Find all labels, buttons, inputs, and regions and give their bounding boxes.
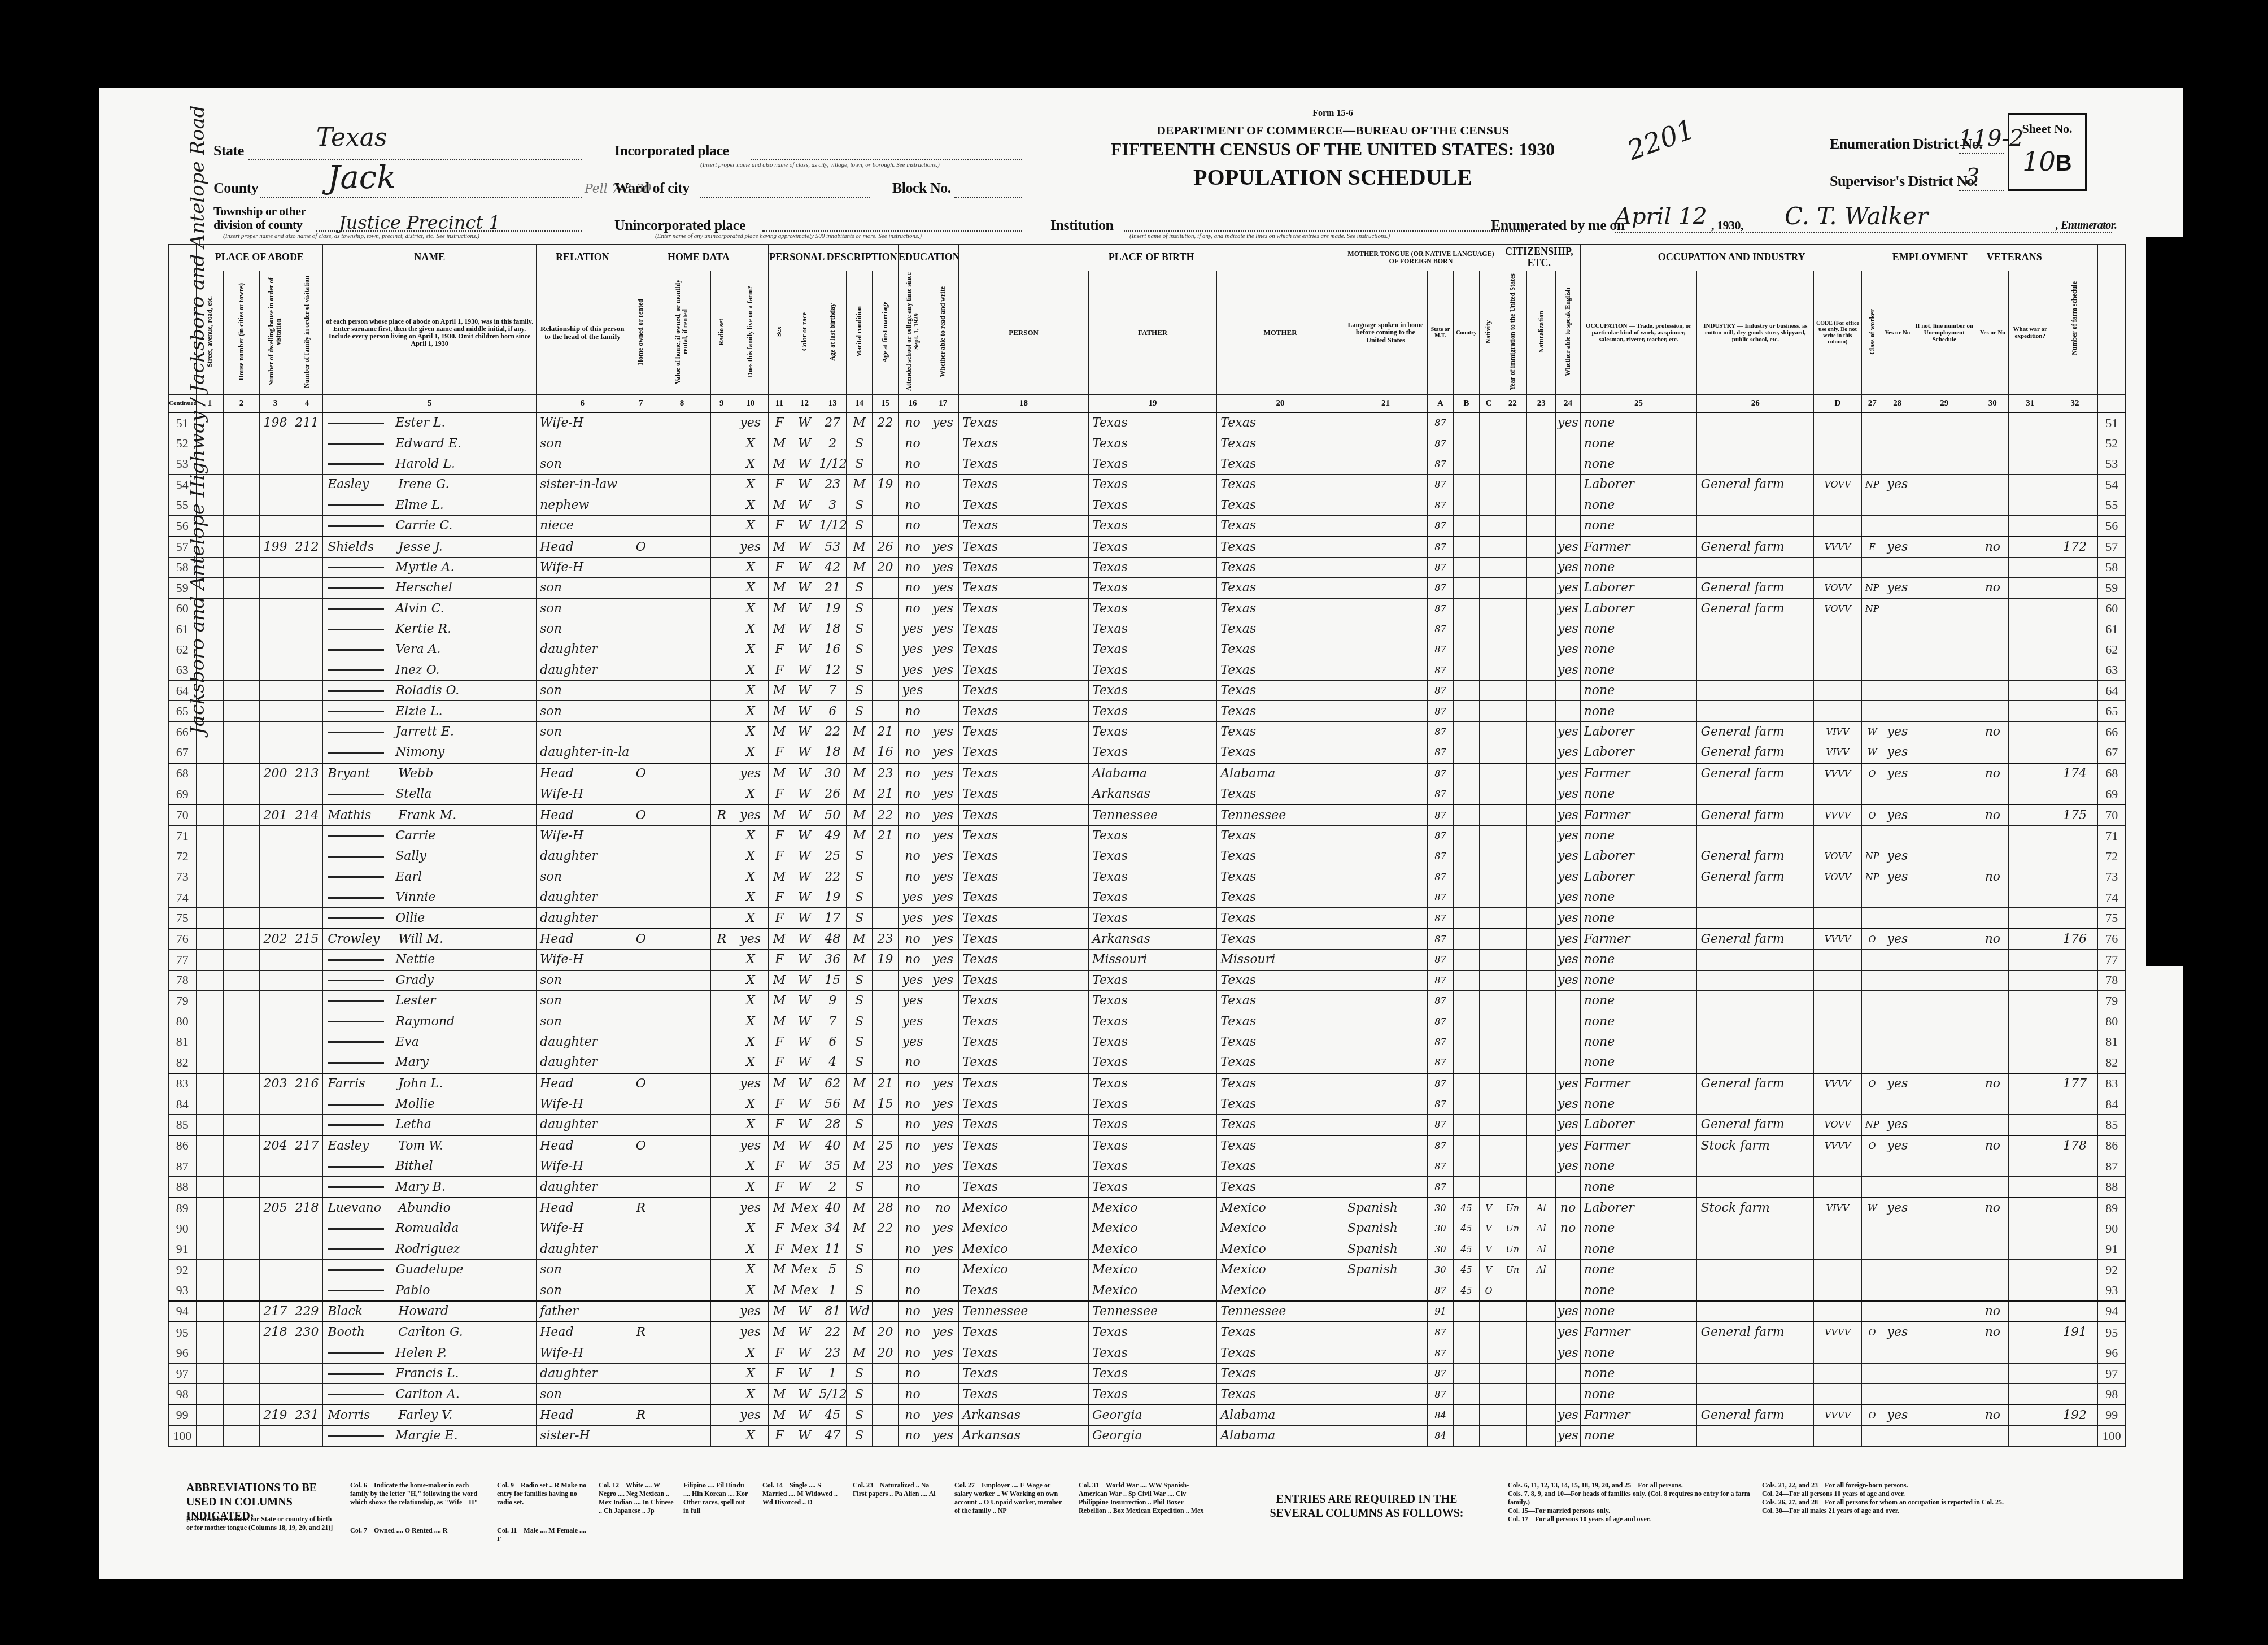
cell-radio: [711, 867, 732, 887]
given-name: Abundio: [398, 1201, 451, 1215]
given-name: Romualda: [395, 1221, 459, 1235]
cell-value: [653, 1073, 710, 1094]
given-name: Earl: [395, 870, 422, 884]
cell-relation: sister-in-law: [537, 475, 629, 495]
cell-code-b: [1453, 1052, 1479, 1073]
cell-age: 62: [819, 1073, 847, 1094]
cell-age: 21: [819, 578, 847, 598]
cell-tenure: [629, 1239, 653, 1259]
cell-school: yes: [898, 681, 927, 701]
cell-age-marr: [872, 1011, 898, 1032]
cell-marital: S: [847, 1384, 873, 1405]
cell-tenure: [629, 475, 653, 495]
line-number-right: 66: [2098, 721, 2126, 742]
cell-race: W: [790, 784, 819, 805]
cell-code-a: 87: [1428, 742, 1454, 763]
line-number: 95: [169, 1322, 197, 1343]
cell-family: [291, 1343, 323, 1363]
cell-school: no: [898, 454, 927, 474]
cell-school: yes: [898, 908, 927, 929]
cell-code-a: 87: [1428, 412, 1454, 433]
cell-street: [196, 887, 224, 907]
cell-race: W: [790, 887, 819, 907]
cell-sex: F: [769, 1156, 790, 1177]
cell-farm-sched: [2052, 1011, 2098, 1032]
cell-code-a: 30: [1428, 1198, 1454, 1218]
cell-race: W: [790, 908, 819, 929]
cell-bp-person: Texas: [959, 1384, 1089, 1405]
cell-bp-person: Texas: [959, 412, 1089, 433]
cell-lang: Spanish: [1344, 1198, 1427, 1218]
cell-race: W: [790, 1363, 819, 1383]
cell-farm: X: [732, 846, 769, 867]
cell-dwelling: 203: [259, 1073, 291, 1094]
cell-bp-father: Texas: [1089, 1073, 1217, 1094]
line-number: 88: [169, 1177, 197, 1198]
cell-english: yes: [1556, 578, 1580, 598]
cell-race: Mex: [790, 1280, 819, 1301]
line-number-right: 77: [2098, 950, 2126, 970]
cell-nat: [1527, 515, 1556, 536]
cell-code-a: 87: [1428, 578, 1454, 598]
group-citizenship: CITIZENSHIP, ETC.: [1498, 245, 1581, 271]
cell-code-c: [1479, 619, 1498, 639]
cell-imm: [1498, 990, 1527, 1011]
col-tenure: Home owned or rented: [629, 271, 653, 395]
line-number-right: 60: [2098, 598, 2126, 619]
cell-industry: [1697, 1011, 1814, 1032]
cell-bp-mother: Texas: [1217, 1363, 1344, 1383]
cell-lang: [1344, 639, 1427, 660]
cell-family: [291, 867, 323, 887]
cell-family: [291, 1280, 323, 1301]
cell-farm: yes: [732, 1322, 769, 1343]
cell-read: yes: [927, 929, 959, 950]
cell-street: [196, 804, 224, 825]
table-row: 83203216FarrisJohn L.HeadOyesMW62M21noye…: [169, 1073, 2126, 1094]
cell-farm-sched: 174: [2052, 763, 2098, 784]
cell-nat: [1527, 475, 1556, 495]
cell-code-c: [1479, 950, 1498, 970]
cell-code-a: 87: [1428, 1052, 1454, 1073]
cell-bp-person: Texas: [959, 619, 1089, 639]
cell-name: Vera A.: [323, 639, 537, 660]
cell-war: [2008, 908, 2052, 929]
cell-street: [196, 1032, 224, 1052]
cell-bp-father: Missouri: [1089, 950, 1217, 970]
cell-value: [653, 887, 710, 907]
cell-age: 6: [819, 701, 847, 721]
cell-name: BoothCarlton G.: [323, 1322, 537, 1343]
cell-house-number: [224, 701, 260, 721]
cell-code-c: [1479, 536, 1498, 557]
cell-sex: F: [769, 846, 790, 867]
cell-family: [291, 1177, 323, 1198]
cell-sex: F: [769, 950, 790, 970]
cell-bp-mother: Alabama: [1217, 1426, 1344, 1446]
cell-read: yes: [927, 1073, 959, 1094]
cell-house-number: [224, 784, 260, 805]
cell-marital: S: [847, 970, 873, 990]
cell-imm: [1498, 1052, 1527, 1073]
cell-house-number: [224, 578, 260, 598]
given-name: Alvin C.: [395, 602, 444, 616]
cell-read: [927, 1384, 959, 1405]
cell-bp-father: Texas: [1089, 412, 1217, 433]
cell-value: [653, 1343, 710, 1363]
cell-relation: daughter: [537, 1239, 629, 1259]
cell-school: no: [898, 1426, 927, 1446]
cell-age: 40: [819, 1198, 847, 1218]
cell-code-a: 30: [1428, 1239, 1454, 1259]
cell-radio: [711, 412, 732, 433]
cell-bp-mother: Mexico: [1217, 1198, 1344, 1218]
cell-family: [291, 639, 323, 660]
cell-read: [927, 1052, 959, 1073]
cell-radio: [711, 970, 732, 990]
cell-bp-mother: Tennessee: [1217, 1301, 1344, 1322]
cell-marital: S: [847, 639, 873, 660]
cell-farm-sched: [2052, 660, 2098, 680]
table-row: 69StellaWife-HXFW26M21noyesTexasArkansas…: [169, 784, 2126, 805]
cell-english: yes: [1556, 1156, 1580, 1177]
line-number-right: 55: [2098, 495, 2126, 515]
cell-farm-sched: [2052, 1156, 2098, 1177]
cell-imm: [1498, 1384, 1527, 1405]
cell-street: [196, 1363, 224, 1383]
table-row: 81EvadaughterXFW6SyesTexasTexasTexas87no…: [169, 1032, 2126, 1052]
cell-age: 2: [819, 1177, 847, 1198]
column-number: 9: [711, 395, 732, 413]
cell-work: [1883, 784, 1912, 805]
cell-sex: F: [769, 475, 790, 495]
cell-radio: [711, 701, 732, 721]
cell-code-b: [1453, 990, 1479, 1011]
cell-value: [653, 1032, 710, 1052]
column-number: 2: [224, 395, 260, 413]
cell-lang: [1344, 1094, 1427, 1114]
cell-lang: [1344, 557, 1427, 577]
cell-family: [291, 1156, 323, 1177]
cell-name: Bithel: [323, 1156, 537, 1177]
given-name: Stella: [395, 787, 431, 801]
cell-name: Francis L.: [323, 1363, 537, 1383]
table-row: 58Myrtle A.Wife-HXFW42M20noyesTexasTexas…: [169, 557, 2126, 577]
cell-name: Carlton A.: [323, 1384, 537, 1405]
cell-unemp: [1912, 784, 1977, 805]
cell-class: [1861, 1260, 1883, 1280]
given-name: Carlton A.: [395, 1387, 460, 1402]
given-name: Eva: [395, 1035, 419, 1049]
cell-vet: [1977, 454, 2008, 474]
cell-code-d: [1814, 950, 1861, 970]
cell-family: [291, 1239, 323, 1259]
sd-line: [1959, 190, 2004, 191]
table-row: 53Harold L.sonXMW1/12SnoTexasTexasTexas8…: [169, 454, 2126, 474]
cell-code-c: [1479, 825, 1498, 846]
cell-relation: Head: [537, 536, 629, 557]
cell-tenure: [629, 1011, 653, 1032]
cell-sex: F: [769, 1052, 790, 1073]
cell-bp-person: Texas: [959, 598, 1089, 619]
cell-school: no: [898, 1177, 927, 1198]
cell-occupation: none: [1580, 1011, 1697, 1032]
cell-vet: no: [1977, 721, 2008, 742]
cell-age-marr: [872, 1426, 898, 1446]
cell-marital: M: [847, 475, 873, 495]
cell-imm: [1498, 784, 1527, 805]
cell-occupation: Laborer: [1580, 475, 1697, 495]
cell-farm: yes: [732, 929, 769, 950]
cell-farm: X: [732, 1384, 769, 1405]
line-number: 73: [169, 867, 197, 887]
cell-tenure: [629, 950, 653, 970]
cell-race: W: [790, 598, 819, 619]
cell-code-b: [1453, 1011, 1479, 1032]
cell-bp-father: Texas: [1089, 578, 1217, 598]
column-number: 31: [2008, 395, 2052, 413]
cell-bp-mother: Texas: [1217, 639, 1344, 660]
cell-bp-person: Arkansas: [959, 1405, 1089, 1426]
same-surname-dash: [328, 1248, 384, 1250]
cell-occupation: none: [1580, 681, 1697, 701]
cell-work: [1883, 1301, 1912, 1322]
line-number-right: 62: [2098, 639, 2126, 660]
given-name: Ollie: [395, 911, 425, 925]
cell-radio: [711, 639, 732, 660]
cell-bp-father: Arkansas: [1089, 929, 1217, 950]
cell-school: no: [898, 578, 927, 598]
cell-family: [291, 660, 323, 680]
cell-war: [2008, 1094, 2052, 1114]
footer-col9: Col. 9—Radio set .. R Make no entry for …: [497, 1481, 587, 1507]
cell-work: [1883, 660, 1912, 680]
cell-industry: [1697, 660, 1814, 680]
cell-lang: Spanish: [1344, 1218, 1427, 1239]
cell-unemp: [1912, 1426, 1977, 1446]
cell-house-number: [224, 867, 260, 887]
cell-read: yes: [927, 1115, 959, 1135]
table-row: 71CarrieWife-HXFW49M21noyesTexasTexasTex…: [169, 825, 2126, 846]
cell-race: W: [790, 701, 819, 721]
cell-value: [653, 1198, 710, 1218]
cell-marital: S: [847, 1177, 873, 1198]
cell-value: [653, 1094, 710, 1114]
cell-age-marr: 26: [872, 536, 898, 557]
column-number: 6: [537, 395, 629, 413]
cell-sex: M: [769, 1135, 790, 1156]
surname: Bryant: [328, 767, 398, 781]
cell-war: [2008, 412, 2052, 433]
cell-sex: M: [769, 1384, 790, 1405]
cell-tenure: [629, 681, 653, 701]
same-surname-dash: [328, 1435, 384, 1437]
cell-code-c: [1479, 1156, 1498, 1177]
cell-code-b: [1453, 763, 1479, 784]
cell-code-a: 87: [1428, 1177, 1454, 1198]
cell-house-number: [224, 950, 260, 970]
line-number: 71: [169, 825, 197, 846]
cell-code-d: [1814, 1032, 1861, 1052]
cell-read: yes: [927, 557, 959, 577]
cell-code-a: 87: [1428, 433, 1454, 454]
cell-lang: [1344, 867, 1427, 887]
cell-street: [196, 1322, 224, 1343]
cell-tenure: [629, 784, 653, 805]
given-name: Vera A.: [395, 642, 440, 656]
cell-farm-sched: [2052, 1218, 2098, 1239]
cell-farm-sched: [2052, 681, 2098, 701]
cell-code-a: 87: [1428, 1156, 1454, 1177]
cell-nat: [1527, 908, 1556, 929]
cell-class: [1861, 1239, 1883, 1259]
cell-bp-person: Texas: [959, 1177, 1089, 1198]
col-language: Language spoken in home before coming to…: [1344, 271, 1427, 395]
cell-bp-mother: Texas: [1217, 536, 1344, 557]
cell-dwelling: [259, 1343, 291, 1363]
group-relation: RELATION: [537, 245, 629, 271]
cell-radio: [711, 990, 732, 1011]
cell-occupation: none: [1580, 1363, 1697, 1383]
cell-nat: [1527, 1011, 1556, 1032]
cell-code-d: VIVV: [1814, 1198, 1861, 1218]
cell-age: 19: [819, 598, 847, 619]
cell-vet: [1977, 825, 2008, 846]
cell-imm: [1498, 557, 1527, 577]
cell-school: yes: [898, 970, 927, 990]
cell-industry: [1697, 454, 1814, 474]
line-number: 68: [169, 763, 197, 784]
cell-family: [291, 742, 323, 763]
cell-family: 218: [291, 1198, 323, 1218]
cell-house-number: [224, 1198, 260, 1218]
table-row: 65Elzie L.sonXMW6SnoTexasTexasTexas87non…: [169, 701, 2126, 721]
cell-code-a: 87: [1428, 970, 1454, 990]
cell-occupation: Farmer: [1580, 536, 1697, 557]
cell-farm: X: [732, 1363, 769, 1383]
cell-dwelling: 202: [259, 929, 291, 950]
cell-english: yes: [1556, 887, 1580, 907]
cell-class: NP: [1861, 846, 1883, 867]
cell-class: [1861, 433, 1883, 454]
table-row: 74VinniedaughterXFW19SyesyesTexasTexasTe…: [169, 887, 2126, 907]
census-rows: 51198211Ester L.Wife-HyesFW27M22noyesTex…: [169, 412, 2126, 1446]
cell-family: [291, 515, 323, 536]
column-number: 20: [1217, 395, 1344, 413]
cell-tenure: [629, 454, 653, 474]
cell-read: yes: [927, 887, 959, 907]
cell-dwelling: [259, 515, 291, 536]
cell-radio: [711, 763, 732, 784]
cell-bp-person: Texas: [959, 515, 1089, 536]
cell-age-marr: 23: [872, 929, 898, 950]
cell-bp-mother: Texas: [1217, 929, 1344, 950]
cell-race: W: [790, 1301, 819, 1322]
cell-bp-father: Texas: [1089, 1363, 1217, 1383]
cell-industry: [1697, 1426, 1814, 1446]
group-place-of-abode: PLACE OF ABODE: [196, 245, 323, 271]
cell-imm: [1498, 701, 1527, 721]
cell-dwelling: [259, 1260, 291, 1280]
cell-class: O: [1861, 1135, 1883, 1156]
cell-marital: S: [847, 660, 873, 680]
cell-work: yes: [1883, 1322, 1912, 1343]
line-number-right: 53: [2098, 454, 2126, 474]
cell-radio: [711, 1094, 732, 1114]
cell-marital: S: [847, 1405, 873, 1426]
cell-family: [291, 846, 323, 867]
cell-imm: Un: [1498, 1260, 1527, 1280]
cell-age-marr: [872, 990, 898, 1011]
cell-street: [196, 1198, 224, 1218]
cell-race: W: [790, 495, 819, 515]
cell-vet: no: [1977, 1135, 2008, 1156]
cell-english: yes: [1556, 1405, 1580, 1426]
cell-farm: X: [732, 1052, 769, 1073]
cell-vet: no: [1977, 1322, 2008, 1343]
cell-marital: M: [847, 1343, 873, 1363]
cell-radio: [711, 1135, 732, 1156]
same-surname-dash: [328, 1352, 384, 1354]
cell-industry: [1697, 412, 1814, 433]
cell-bp-mother: Mexico: [1217, 1218, 1344, 1239]
cell-english: yes: [1556, 784, 1580, 805]
cell-age: 25: [819, 846, 847, 867]
cell-code-d: [1814, 908, 1861, 929]
table-row: 87BithelWife-HXFW35M23noyesTexasTexasTex…: [169, 1156, 2126, 1177]
cell-bp-father: Texas: [1089, 970, 1217, 990]
cell-code-c: [1479, 1177, 1498, 1198]
line-number-right: 92: [2098, 1260, 2126, 1280]
cell-imm: [1498, 970, 1527, 990]
cell-house-number: [224, 495, 260, 515]
cell-nat: [1527, 619, 1556, 639]
cell-age: 35: [819, 1156, 847, 1177]
cell-read: yes: [927, 763, 959, 784]
cell-war: [2008, 475, 2052, 495]
line-number: 99: [169, 1405, 197, 1426]
col-farm: Does this family live on a farm?: [732, 271, 769, 395]
cell-code-c: O: [1479, 1280, 1498, 1301]
cell-code-a: 87: [1428, 846, 1454, 867]
cell-imm: Un: [1498, 1239, 1527, 1259]
cell-radio: [711, 681, 732, 701]
cell-occupation: none: [1580, 950, 1697, 970]
cell-value: [653, 742, 710, 763]
cell-lang: [1344, 784, 1427, 805]
column-number: D: [1814, 395, 1861, 413]
col-code-a: State or M.T.: [1428, 271, 1454, 395]
cell-bp-person: Texas: [959, 742, 1089, 763]
cell-race: W: [790, 990, 819, 1011]
cell-school: no: [898, 475, 927, 495]
cell-bp-mother: Texas: [1217, 1177, 1344, 1198]
line-number-right: 82: [2098, 1052, 2126, 1073]
cell-unemp: [1912, 433, 1977, 454]
cell-marital: M: [847, 1322, 873, 1343]
cell-relation: Head: [537, 929, 629, 950]
cell-relation: nephew: [537, 495, 629, 515]
cell-read: yes: [927, 867, 959, 887]
cell-imm: [1498, 578, 1527, 598]
cell-unemp: [1912, 639, 1977, 660]
cell-unemp: [1912, 598, 1977, 619]
cell-school: no: [898, 1052, 927, 1073]
cell-lang: [1344, 578, 1427, 598]
cell-read: yes: [927, 742, 959, 763]
same-surname-dash: [328, 629, 384, 630]
cell-name: Grady: [323, 970, 537, 990]
